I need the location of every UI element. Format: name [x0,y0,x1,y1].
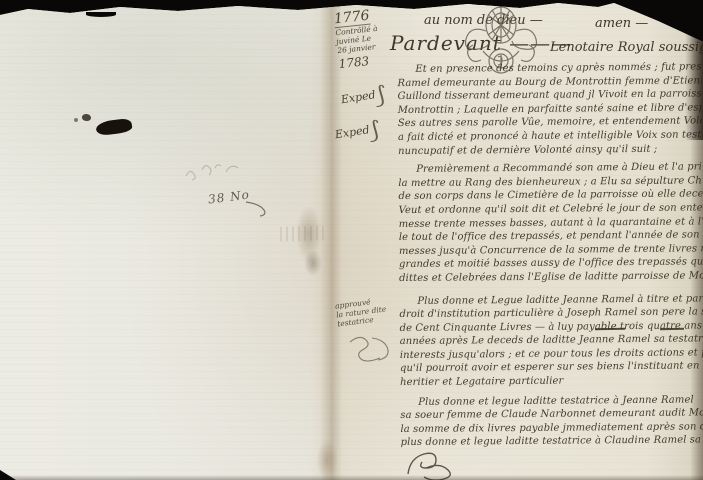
torn-edge-nick [86,12,116,17]
invocation-right: amen — [595,16,648,31]
manuscript-photo: 38 No 1776 Contrôllé à juviné Le 26 janv… [0,0,703,480]
show-through-marks [280,225,324,242]
page-edge-shadow [0,475,703,480]
torn-edge-nick [470,1,496,5]
ink-blot [95,118,132,136]
manuscript-line: heritier et Legataire particulier [338,373,703,390]
manuscript-line: plus donne et legue laditte testatrice à… [339,434,703,451]
archival-number-flourish [244,198,270,218]
ink-blot-spatter [74,118,78,122]
strikethrough-mark [660,328,684,330]
manuscript-line: dittes et Celebrées dans l'Eglise de lad… [337,269,703,286]
paper-sheet: 38 No 1776 Contrôllé à juviné Le 26 janv… [0,0,703,480]
page-edge-shadow [685,30,703,140]
ink-blot-spatter [82,114,91,121]
manuscript-line: nuncupatif et de dernière Volonté ainsy … [336,142,702,159]
faint-ink-marks [182,158,252,188]
testament-body: Et en presence des temoins cy après nomm… [335,60,703,459]
notary-title: Lenotaire Royal soussigné [550,40,703,55]
